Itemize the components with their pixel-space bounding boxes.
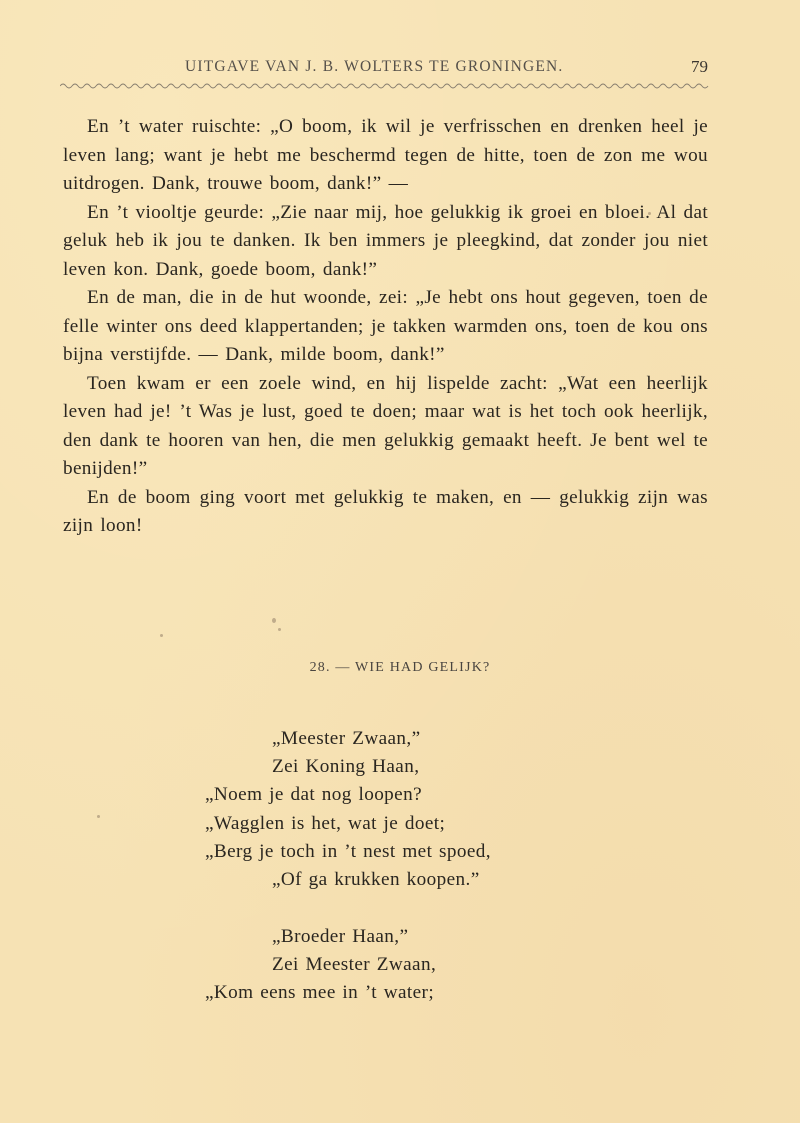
section-heading: 28. — WIE HAD GELIJK? [0, 660, 800, 676]
story-body: En ’t water ruischte: „O boom, ik wil je… [63, 113, 708, 541]
paper-stain [272, 618, 276, 623]
wavy-rule-divider [60, 82, 710, 90]
running-header: Uitgave van J. B. Wolters te Groningen. … [60, 58, 710, 80]
poem-line: Zei Koning Haan, [272, 756, 419, 778]
paragraph: En ’t viooltje geurde: „Zie naar mij, ho… [63, 199, 708, 285]
poem-line: „Of ga krukken koopen.” [272, 869, 480, 891]
book-page: Uitgave van J. B. Wolters te Groningen. … [0, 0, 800, 1123]
paragraph: En de man, die in de hut woonde, zei: „J… [63, 284, 708, 370]
poem-line: „Broeder Haan,” [272, 926, 408, 948]
poem-line: „Kom eens mee in ’t water; [205, 982, 434, 1004]
running-header-title: Uitgave van J. B. Wolters te Groningen. [185, 58, 564, 76]
paper-stain [648, 212, 651, 215]
paragraph: En de boom ging voort met gelukkig te ma… [63, 484, 708, 541]
page-number: 79 [691, 57, 708, 77]
poem-line: „Wagglen is het, wat je doet; [205, 813, 445, 835]
paper-stain [278, 628, 281, 631]
poem-line: „Noem je dat nog loopen? [205, 784, 422, 806]
poem-line: Zei Meester Zwaan, [272, 954, 436, 976]
poem-line: „Meester Zwaan,” [272, 728, 421, 750]
paragraph: Toen kwam er een zoele wind, en hij lisp… [63, 370, 708, 484]
poem-line: „Berg je toch in ’t nest met spoed, [205, 841, 491, 863]
paragraph: En ’t water ruischte: „O boom, ik wil je… [63, 113, 708, 199]
paper-stain [97, 815, 100, 818]
paper-stain [160, 634, 163, 637]
